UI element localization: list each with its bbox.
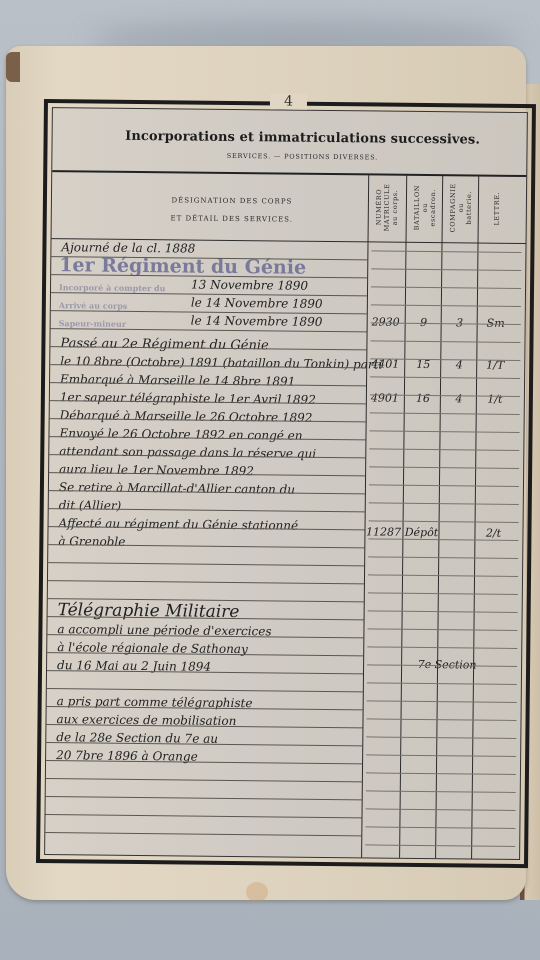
entry-row: Se retire à Marcillat-d'Allier canton du — [59, 480, 295, 496]
ruled-line — [370, 412, 520, 415]
ruled-line — [367, 700, 517, 703]
ruled-line — [46, 814, 362, 818]
ruled-line — [46, 796, 362, 800]
entry-rows: Ajourné de la cl. 1888 1er Régiment du G… — [45, 238, 525, 859]
entry-row: à Grenoble — [58, 534, 125, 549]
printed-label: Arrivé au corps — [59, 300, 128, 311]
page-subtitle: SERVICES. — POSITIONS DIVERSES. — [112, 151, 492, 163]
entry-row: le 14 Novembre 1890 — [191, 296, 323, 311]
entry-row: 1er sapeur télégraphiste le 1er Avril 18… — [60, 390, 316, 407]
entry-row: Envoyé le 26 Octobre 1892 en congé en — [59, 426, 302, 443]
ruled-line — [371, 250, 521, 253]
paper-stain — [246, 882, 268, 902]
ruled-line — [366, 736, 516, 739]
ruled-line — [368, 610, 518, 613]
lettre-cell: 1/t — [477, 393, 513, 406]
ruled-line — [47, 688, 363, 692]
ruled-line — [370, 340, 520, 343]
ruled-line — [369, 502, 519, 505]
entry-row: le 14 Novembre 1890 — [191, 314, 323, 329]
ruled-line — [365, 844, 515, 847]
bataillon-cell: Dépôt — [403, 526, 439, 539]
ruled-line — [46, 778, 362, 782]
bataillon-cell: 16 — [405, 392, 441, 405]
ruled-line — [371, 304, 521, 307]
lettre-header: LETTRE. — [479, 179, 516, 239]
ruled-line — [45, 832, 361, 836]
ruled-line — [371, 286, 521, 289]
ruled-line — [369, 466, 519, 469]
ruled-line — [370, 430, 520, 433]
ruled-line — [368, 592, 518, 595]
bataillon-header: BATAILLON ou escadron. — [407, 178, 444, 238]
designation-header-line2: ET DÉTAIL DES SERVICES. — [112, 209, 352, 230]
entry-row: Affecté au régiment du Génie stationné — [58, 516, 298, 533]
ruled-line — [368, 556, 518, 559]
printed-label: Sapeur-mineur — [59, 318, 127, 329]
entry-row: Ajourné de la cl. 1888 — [61, 240, 195, 255]
entry-row: le 10 8bre (Octobre) 1891 (bataillon du … — [60, 354, 382, 371]
compagnie-cell: 4 — [441, 392, 477, 405]
entry-row: Passé au 2e Régiment du Génie — [60, 336, 268, 353]
entry-row: dit (Allier) — [59, 498, 122, 513]
numero-cell: 11287 — [365, 525, 401, 538]
ruled-line — [367, 718, 517, 721]
ruled-line — [48, 562, 364, 566]
entry-row: aura lieu le 1er Novembre 1892 — [59, 462, 254, 478]
ruled-line — [48, 580, 364, 584]
ruled-line — [369, 520, 519, 523]
ruled-line — [366, 772, 516, 775]
numero-cell: 4901 — [367, 391, 403, 404]
ruled-line — [369, 448, 519, 451]
ruled-line — [365, 826, 515, 829]
ruled-line — [369, 484, 519, 487]
ruled-line — [366, 790, 516, 793]
page-number: 4 — [270, 93, 307, 109]
ruled-line — [370, 376, 520, 379]
register-frame: Incorporations et immatriculations succe… — [36, 99, 536, 868]
register-table: Incorporations et immatriculations succe… — [44, 107, 528, 860]
ruled-line — [368, 538, 518, 541]
designation-header: DÉSIGNATION DES CORPS ET DÉTAIL DES SERV… — [112, 191, 352, 230]
entry-row: Embarqué à Marseille le 14 8bre 1891 — [60, 372, 295, 388]
ruled-line — [368, 574, 518, 577]
entry-row: Débarqué à Marseille le 26 Octobre 1892 — [60, 408, 313, 425]
ruled-line — [366, 808, 516, 811]
numero-header: NUMÉRO MATRICULE au corps. — [369, 177, 406, 237]
lettre-cell: 2/t — [475, 527, 511, 540]
ruled-line — [367, 682, 517, 685]
ruled-line — [366, 754, 516, 757]
header-rule — [52, 170, 526, 177]
page-title: Incorporations et immatriculations succe… — [113, 129, 493, 148]
ruled-line — [367, 628, 517, 631]
ruled-line — [371, 268, 521, 271]
ruled-line — [367, 646, 517, 649]
compagnie-header: COMPAGNIE ou batterie. — [443, 178, 480, 238]
entry-row: attendant son passage dans la réserve qu… — [59, 444, 316, 461]
entry-row: 13 Novembre 1890 — [191, 278, 308, 293]
